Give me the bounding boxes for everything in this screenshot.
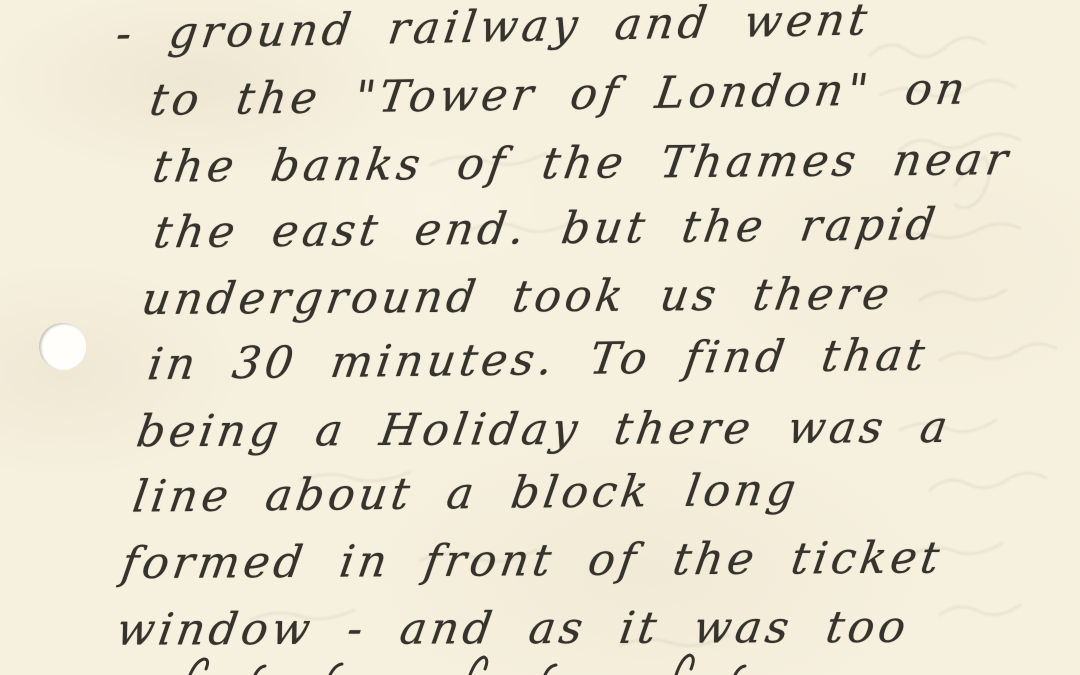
handwriting-line: being a Holiday there was a xyxy=(0,394,1080,466)
handwriting-line: formed in front of the ticket xyxy=(0,524,1080,598)
handwriting-line: the banks of the Thames near xyxy=(0,127,1080,202)
letter-page: - ground railway and wentto the "Tower o… xyxy=(0,0,1080,675)
handwriting-line: the east end. but the rapid xyxy=(0,191,1080,268)
handwriting-line: line about a block long xyxy=(0,455,1080,532)
handwriting-line: in 30 minutes. To find that xyxy=(0,321,1080,400)
handwriting-line: window - and as it was too xyxy=(0,594,1080,664)
handwriting-block: - ground railway and wentto the "Tower o… xyxy=(0,0,1080,664)
handwriting-line: to the "Tower of London" on xyxy=(0,55,1080,136)
